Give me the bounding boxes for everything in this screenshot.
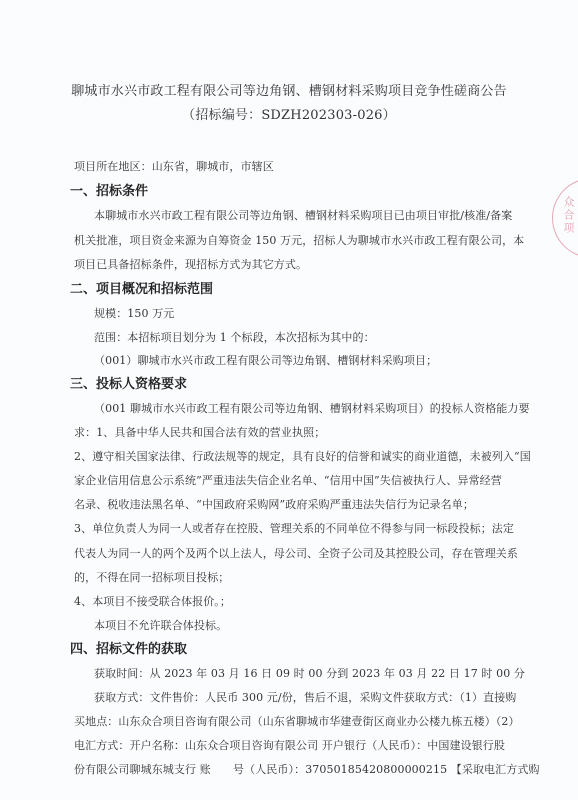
document-page: 聊城市水兴市政工程有限公司等边角钢、槽钢材料采购项目竞争性磋商公告 （招标编号：… [0, 0, 578, 800]
acquisition-method: 获取方式：文件售价：人民币 300 元/份，售后不退，采购文件获取方式：（1）直… [94, 689, 516, 705]
seal-text: 众合项 [560, 196, 576, 235]
paragraph-line: 求：1、具备中华人民共和国合法有效的营业执照； [74, 424, 325, 440]
scope-line: 范围：本招标项目划分为 1 个标段，本次招标为其中的： [94, 329, 375, 345]
paragraph-line: 电汇方式：开户名称：山东众合项目咨询有限公司 开户银行（人民币）：中国建设银行股 [74, 737, 505, 753]
scale-line: 规模：150 万元 [94, 305, 174, 321]
paragraph-line: 项目已具备招标条件，现招标方式为其它方式。 [74, 256, 307, 272]
paragraph-line: 3、单位负责人为同一人或者存在控股、管理关系的不同单位不得参与同一标段投标；法定 [74, 520, 514, 536]
paragraph-line: 4、本项目不接受联合体报价。； [74, 593, 231, 609]
paragraph-line: 买地点：山东众合项目咨询有限公司（山东省聊城市华建壹街区商业办公楼九栋五楼）（2… [74, 713, 520, 729]
tender-number: （招标编号：SDZH202303-026） [0, 104, 578, 123]
acquisition-time: 获取时间：从 2023 年 03 月 16 日 09 时 00 分到 2023 … [94, 665, 525, 681]
section-4-heading: 四、招标文件的获取 [70, 638, 187, 657]
paragraph-line: 家企业信用信息公示系统”严重违法失信企业名单、“信用中国”失信被执行人、异常经营 [74, 472, 502, 488]
document-title: 聊城市水兴市政工程有限公司等边角钢、槽钢材料采购项目竞争性磋商公告 [0, 80, 578, 99]
paragraph-line: 份有限公司聊城东城支行 账 号（人民币）：3705018542080000021… [74, 761, 540, 777]
paragraph-line: 名录、税收违法黑名单、“中国政府采购网”政府采购严重违法失信行为记录名单； [74, 496, 474, 512]
section-1-heading: 一、招标条件 [70, 180, 148, 199]
section-3-heading: 三、投标人资格要求 [70, 373, 187, 392]
paragraph-line: 2、遵守相关国家法律、行政法规等的规定，具有良好的信誉和诚实的商业道德，未被列入… [74, 448, 531, 464]
paragraph-line: 本项目不允许联合体投标。 [94, 617, 227, 633]
project-region: 项目所在地区：山东省，聊城市，市辖区 [74, 158, 274, 174]
section-2-heading: 二、项目概况和招标范围 [70, 278, 213, 297]
lot-line: （001）聊城市水兴市政工程有限公司等边角钢、槽钢材料采购项目； [94, 352, 437, 368]
paragraph-line: （001 聊城市水兴市政工程有限公司等边角钢、槽钢材料采购项目）的投标人资格能力… [94, 400, 530, 416]
paragraph-line: 代表人为同一人的两个及两个以上法人，母公司、全资子公司及其控股公司，存在管理关系 [74, 545, 518, 561]
paragraph-line: 机关批准，项目资金来源为自筹资金 150 万元，招标人为聊城市水兴市政工程有限公… [74, 232, 524, 248]
paragraph-line: 的，不得在同一招标项目投标； [74, 569, 229, 585]
paragraph-line: 本聊城市水兴市政工程有限公司等边角钢、槽钢材料采购项目已由项目审批/核准/备案 [94, 207, 512, 223]
